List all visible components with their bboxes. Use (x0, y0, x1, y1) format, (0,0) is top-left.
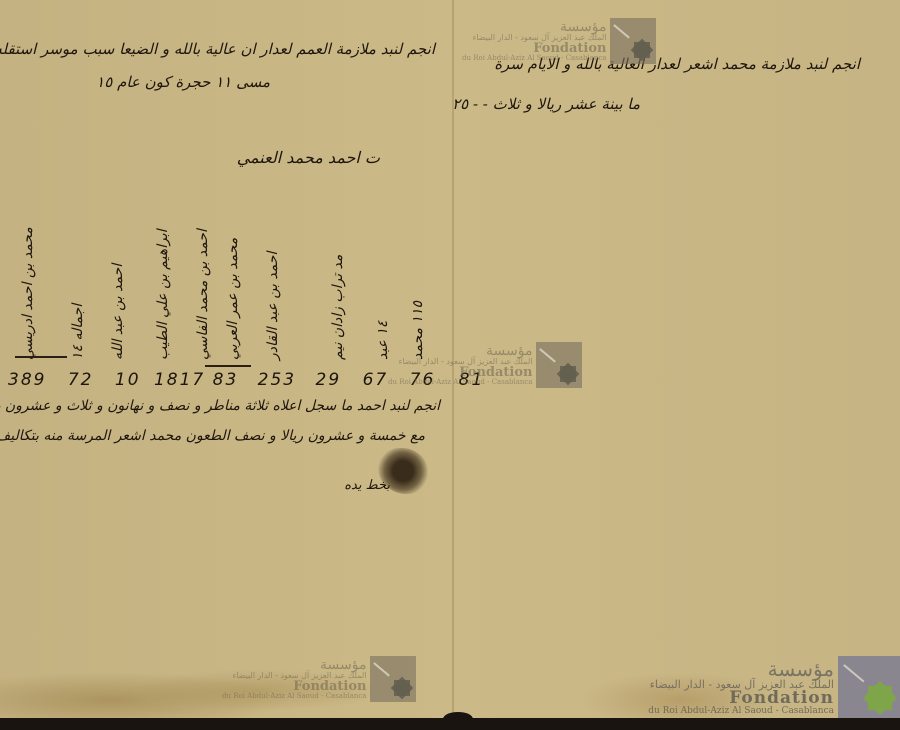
body-line-2: مع خمسة و عشرون ريالا و نصف الطعون محمد … (0, 428, 425, 444)
foundation-logo-icon (838, 656, 900, 718)
watermark-french-name: Fondation (648, 690, 834, 707)
watermark-main: مؤسسة الملك عبد العزيز آل سعود - الدار ا… (648, 656, 900, 718)
number: 29 (316, 370, 342, 390)
foundation-logo-icon (536, 342, 582, 388)
watermark-french-subtitle: du Roi Abdul-Aziz Al Saoud - Casablanca (462, 55, 606, 62)
vertical-column: احمد بن عبد القادر (265, 215, 281, 360)
watermark-arabic-name: مؤسسة (648, 659, 834, 679)
watermark-arabic-name: مؤسسة (462, 20, 606, 34)
number: 72 (68, 370, 94, 390)
vertical-column: احمد بن محمد الفاسي (195, 225, 211, 360)
left-header-line-2: مسى ١١ حجرة كون عام ١٥ (96, 73, 270, 91)
number: 83 (213, 370, 239, 390)
watermark-french-subtitle: du Roi Abdul-Aziz Al Saoud - Casablanca (222, 693, 366, 700)
underline (15, 356, 67, 358)
signature-line: ت احمد محمد العنمي (237, 148, 380, 167)
watermark-french-subtitle: du Roi Abdul-Aziz Al Saoud - Casablanca (388, 379, 532, 386)
vertical-column: اجماله ١٤ (70, 260, 86, 360)
number: 389 (8, 370, 46, 390)
vertical-column: محمد بن احمد ادريسي (20, 215, 36, 360)
vertical-column: محمد بن عمر العربي (225, 230, 241, 360)
body-line-1: انجم لنبد احمد ما سجل اعلاه ثلاثة مناطر … (0, 398, 440, 414)
watermark-arabic-name: مؤسسة (388, 344, 532, 358)
watermark-bottom-left: مؤسسة الملك عبد العزيز آل سعود - الدار ا… (222, 656, 416, 702)
manuscript-page: انجم لنبد ملازمة العمم لعدار ان عالية با… (0, 0, 900, 722)
watermark-top: مؤسسة الملك عبد العزيز آل سعود - الدار ا… (462, 18, 656, 64)
left-header-line-1: انجم لنبد ملازمة العمم لعدار ان عالية با… (0, 40, 435, 58)
right-header-line-2: ما بينة عشر ريالا و ثلاث - - ٢٥ (452, 95, 640, 113)
underline (205, 365, 251, 367)
seal-caption: بخط يده (344, 478, 390, 493)
foundation-logo-icon (610, 18, 656, 64)
number: 10 (115, 370, 141, 390)
watermark-french-subtitle: du Roi Abdul-Aziz Al Saoud - Casablanca (648, 707, 834, 716)
number: 67 (363, 370, 389, 390)
watermark-middle: مؤسسة الملك عبد العزيز آل سعود - الدار ا… (388, 342, 582, 388)
vertical-column: احمد بن عبد الله (110, 215, 126, 360)
foundation-logo-icon (370, 656, 416, 702)
watermark-arabic-name: مؤسسة (222, 658, 366, 672)
page-notch (443, 712, 473, 726)
vertical-column: مد تراب زادان نيم (330, 210, 346, 360)
number: 1817 (154, 370, 205, 390)
vertical-column: ابراهيم بن علي الطيب (155, 220, 171, 360)
number: 253 (258, 370, 296, 390)
